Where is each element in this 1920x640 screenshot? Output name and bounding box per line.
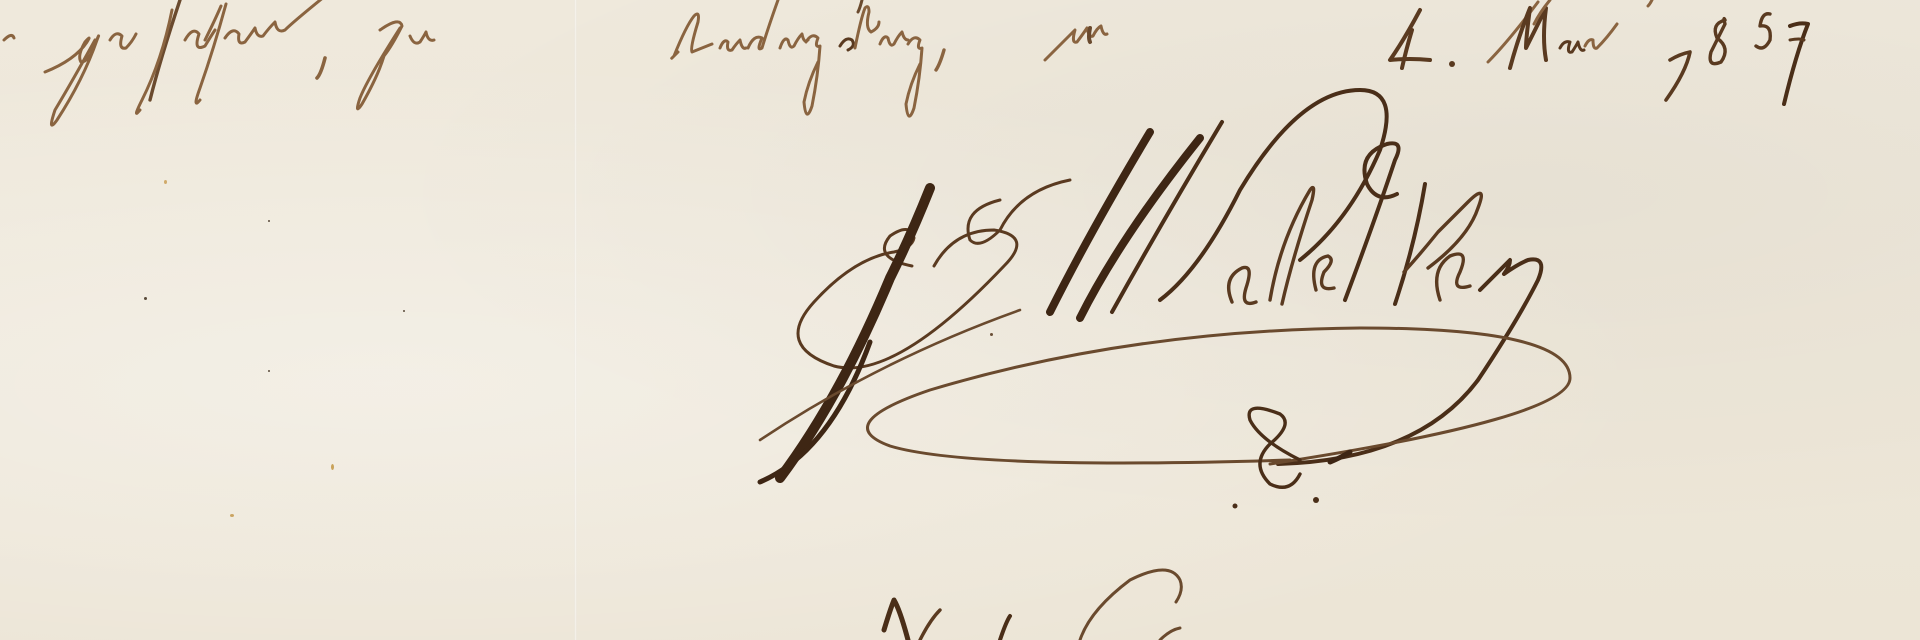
handwriting-line-bottom — [884, 570, 1181, 640]
document-page: …geschehen, zu Ludwigsburg, den 4. Mai 1… — [0, 0, 1920, 640]
handwriting-ink-layer — [0, 0, 1920, 640]
signature — [760, 90, 1570, 509]
